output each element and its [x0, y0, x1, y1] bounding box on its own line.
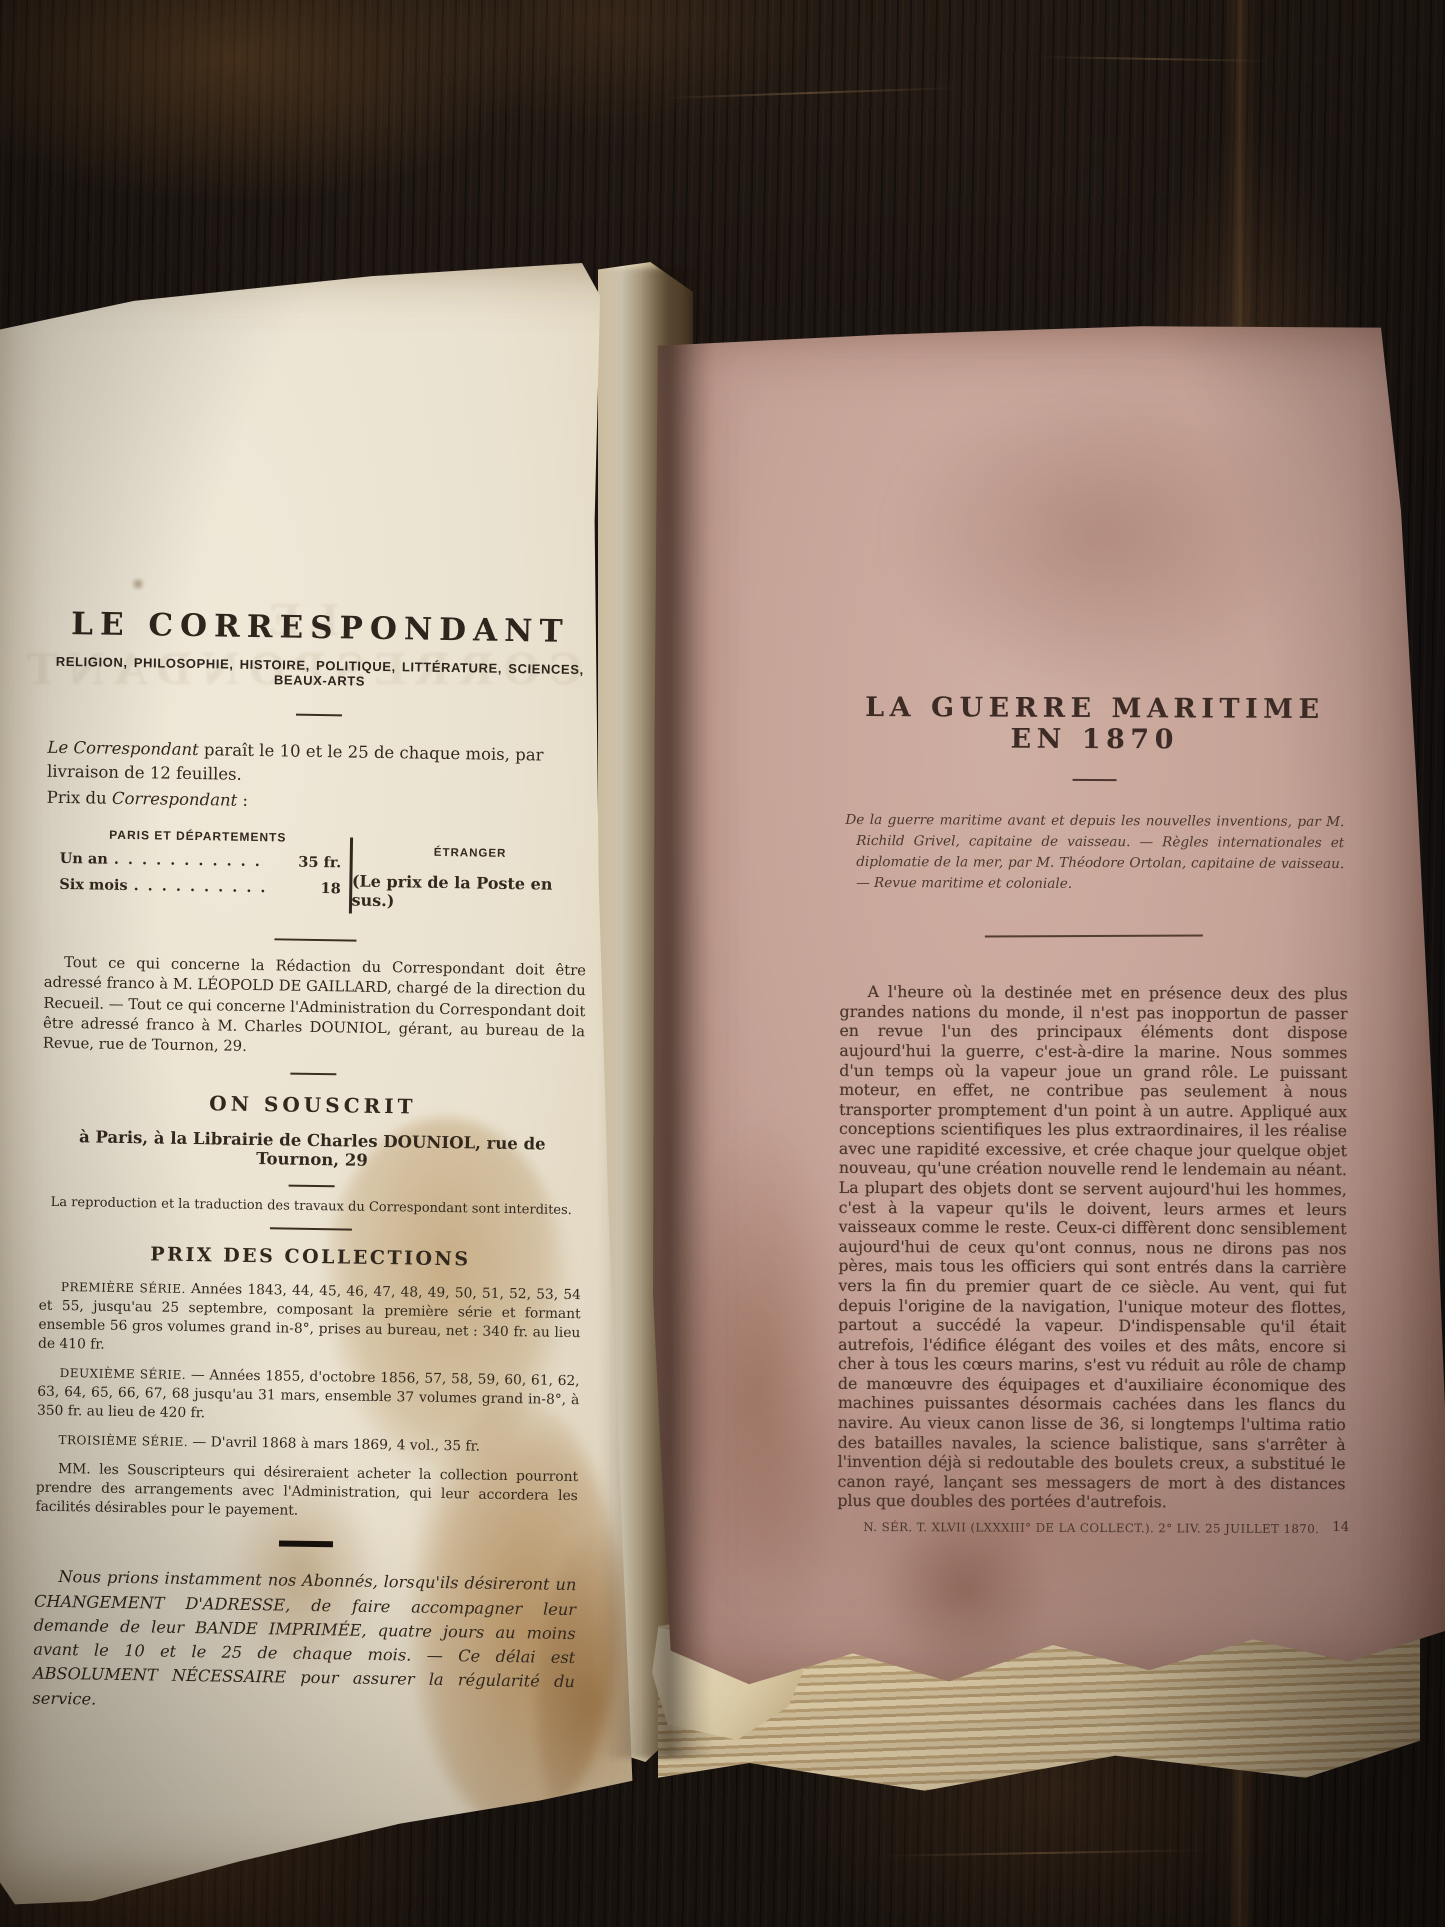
- left-page-content: LE CORRESPONDANT RELIGION, PHILOSOPHIE, …: [29, 254, 597, 1910]
- divider-rule: [274, 938, 356, 941]
- price-label: Six mois: [59, 876, 128, 894]
- price-row-six-mois: Six mois . . . . . . . . . . 18: [45, 876, 349, 898]
- collections-heading: PRIX DES COLLECTIONS: [39, 1242, 581, 1273]
- intro-line: Le Correspondant paraît le 10 et le 25 d…: [47, 736, 590, 792]
- book-gutter-shadow: [600, 268, 712, 1758]
- divider-rule: [296, 714, 342, 717]
- page-number: 14: [1332, 1519, 1349, 1535]
- price-row-un-an: Un an . . . . . . . . . . . 35 fr.: [46, 850, 350, 872]
- price-value: 35 fr.: [298, 854, 341, 872]
- abonnes-notice: Nous prions instamment nos Abonnés, lors…: [32, 1565, 576, 1719]
- price-table: PARIS ET DÉPARTEMENTS Un an . . . . . . …: [45, 827, 588, 918]
- article-subject-note: De la guerre maritime avant et depuis le…: [840, 810, 1348, 896]
- etranger-price-column: ÉTRANGER (Le prix de la Poste en sus.): [351, 831, 588, 917]
- postage-note: (Le prix de la Poste en sus.): [351, 871, 587, 913]
- left-page-subtitle: RELIGION, PHILOSOPHIE, HISTOIRE, POLITIQ…: [48, 654, 590, 693]
- etranger-column-header: ÉTRANGER: [434, 847, 507, 860]
- right-book-page: LA GUERRE MARITIME EN 1870 De la guerre …: [645, 315, 1445, 1715]
- divider-rule: [289, 1184, 335, 1187]
- open-book-photo: LE CORRESPONDANT PARIS LE CORRESPONDANT …: [0, 0, 1445, 1927]
- left-page-title: LE CORRESPONDANT: [49, 606, 591, 651]
- souscripteurs-paragraph: MM. les Souscripteurs qui désireraient a…: [35, 1460, 578, 1526]
- redaction-paragraph: Tout ce qui concerne la Rédaction du Cor…: [43, 953, 587, 1064]
- left-book-page: LE CORRESPONDANT PARIS LE CORRESPONDANT …: [0, 258, 680, 1906]
- reproduction-notice: La reproduction et la traduction des tra…: [40, 1195, 582, 1219]
- serie-label: PREMIÈRE SÉRIE.: [61, 1280, 186, 1296]
- footer-imprint-text: N. SÉR. T. XLVII (LXXXIII° DE LA COLLECT…: [863, 1520, 1319, 1536]
- serie-paragraph-1: PREMIÈRE SÉRIE. Années 1843, 44, 45, 46,…: [38, 1278, 581, 1363]
- serie-text: — D'avril 1868 à mars 1869, 4 vol., 35 f…: [188, 1434, 480, 1455]
- wood-scratch: [880, 1849, 1210, 1857]
- divider-rule: [270, 1227, 352, 1230]
- paris-column-header: PARIS ET DÉPARTEMENTS: [46, 827, 350, 846]
- dot-leader: . . . . . . . . . . .: [108, 851, 299, 871]
- on-souscrit-heading: ON SOUSCRIT: [42, 1089, 584, 1122]
- wood-scratch: [660, 87, 960, 99]
- serie-paragraph-3: TROISIÈME SÉRIE. — D'avril 1868 à mars 1…: [36, 1431, 578, 1459]
- souscrit-address-line: à Paris, à la Librairie de Charles DOUNI…: [41, 1127, 584, 1174]
- dot-leader: . . . . . . . . . .: [128, 877, 321, 897]
- divider-rule: [1073, 779, 1117, 781]
- footer-imprint: N. SÉR. T. XLVII (LXXXIII° DE LA COLLECT…: [837, 1520, 1345, 1536]
- serie-label: DEUXIÈME SÉRIE.: [60, 1366, 187, 1382]
- price-label: Un an: [60, 850, 108, 868]
- paris-price-column: PARIS ET DÉPARTEMENTS Un an . . . . . . …: [45, 827, 350, 914]
- price-value: 18: [320, 880, 340, 897]
- thick-divider-rule: [279, 1541, 333, 1548]
- journal-name: Correspondant: [112, 789, 238, 810]
- price-caption-pre: Prix du: [47, 788, 113, 808]
- divider-rule: [290, 1072, 336, 1075]
- serie-paragraph-2: DEUXIÈME SÉRIE. — Années 1855, d'octobre…: [37, 1364, 580, 1430]
- journal-name: Le Correspondant: [47, 738, 199, 759]
- price-caption: Prix du Correspondant :: [47, 788, 589, 816]
- right-page-content: LA GUERRE MARITIME EN 1870 De la guerre …: [837, 314, 1350, 1536]
- divider-rule: [985, 935, 1203, 938]
- serie-label: TROISIÈME SÉRIE.: [58, 1433, 188, 1449]
- price-caption-post: :: [237, 791, 248, 810]
- body-paragraph: A l'heure où la destinée met en présence…: [837, 982, 1347, 1513]
- right-page-title: LA GUERRE MARITIME EN 1870: [841, 692, 1349, 756]
